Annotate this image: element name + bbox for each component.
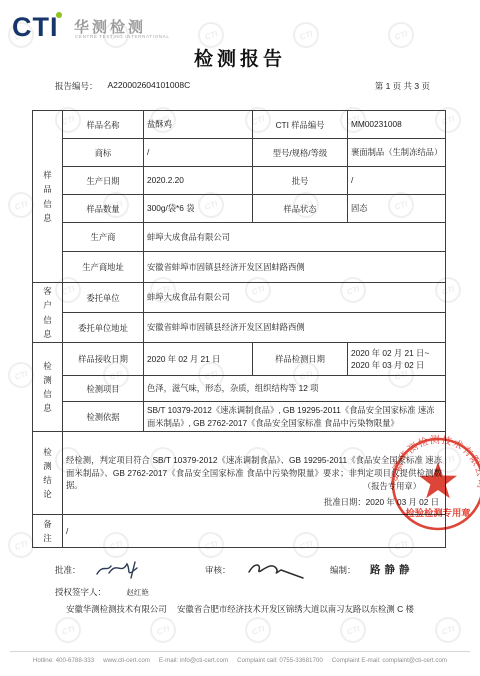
- footer-website: www.cti-cert.com: [103, 657, 150, 664]
- approve-signature: [91, 558, 161, 582]
- footer-contact-bar: Hotline: 400-6788-333 www.cti-cert.com E…: [0, 657, 480, 664]
- prepare-label: 编制：: [330, 564, 356, 576]
- review-signature: [241, 558, 319, 582]
- review-label: 审核：: [205, 564, 231, 576]
- client-label: 委托单位: [63, 283, 144, 313]
- footer-complaint-email: Complaint E-mail: complaint@cti-cert.com: [332, 657, 447, 664]
- trademark-value: /: [144, 139, 253, 167]
- footer-email: E-mail: info@cti-cert.com: [159, 657, 228, 664]
- report-table: 样品信息 样品名称 盐酥鸡 CTI 样品编号 MM00231008 商标 / 型…: [32, 110, 446, 548]
- section-customer-info: 客户信息: [33, 283, 63, 343]
- table-row: 备注 /: [33, 515, 446, 548]
- table-row: 检测结论 经检测，判定项目符合 SB/T 10379-2012《速冻调制食品》、…: [33, 432, 446, 515]
- cti-sample-no-value: MM00231008: [348, 111, 446, 139]
- receive-date-value: 2020 年 02 月 21 日: [144, 343, 253, 376]
- producer-value: 蚌埠大成食品有限公司: [144, 223, 446, 252]
- test-items-label: 检测项目: [63, 376, 144, 402]
- batch-no-label: 批号: [253, 167, 348, 195]
- report-number-label: 报告编号：: [55, 80, 98, 92]
- cti-sample-no-label: CTI 样品编号: [253, 111, 348, 139]
- receive-date-label: 样品接收日期: [63, 343, 144, 376]
- client-address-value: 安徽省蚌埠市固镇县经济开发区固蚌路西侧: [144, 313, 446, 343]
- report-number-value: A220002604101008C: [108, 80, 191, 92]
- table-row: 委托单位地址 安徽省蚌埠市固镇县经济开发区固蚌路西侧: [33, 313, 446, 343]
- company-name: 安徽华测检测技术有限公司: [66, 604, 167, 614]
- footer-hotline: Hotline: 400-6788-333: [33, 657, 94, 664]
- table-row: 生产日期 2020.2.20 批号 /: [33, 167, 446, 195]
- company-line: 安徽华测检测技术有限公司 安徽省合肥市经济技术开发区锦绣大道以南习友路以东检测 …: [0, 603, 480, 615]
- table-row: 生产商 蚌埠大成食品有限公司: [33, 223, 446, 252]
- test-basis-label: 检测依据: [63, 402, 144, 432]
- table-row: 生产商地址 安徽省蚌埠市固镇县经济开发区固蚌路西侧: [33, 252, 446, 283]
- table-row: 样品数量 300g/袋*6 袋 样品状态 固态: [33, 195, 446, 223]
- test-items-value: 色泽，滋气味，形态，杂质，组织结构等 12 项: [144, 376, 446, 402]
- trademark-label: 商标: [63, 139, 144, 167]
- authorized-signer-name: 赵红艳: [126, 588, 149, 597]
- sample-state-label: 样品状态: [253, 195, 348, 223]
- test-basis-value: SB/T 10379-2012《速冻调制食品》, GB 19295-2011《食…: [144, 402, 446, 432]
- footer-complaint-call: Complaint call: 0755-33681700: [237, 657, 323, 664]
- sample-name-value: 盐酥鸡: [144, 111, 253, 139]
- company-address: 安徽省合肥市经济技术开发区锦绣大道以南习友路以东检测 C 楼: [177, 604, 414, 614]
- watermark-cti-icon: CTI: [432, 614, 465, 647]
- section-conclusion: 检测结论: [33, 432, 63, 515]
- production-date-label: 生产日期: [63, 167, 144, 195]
- logo-english-name: CENTRE TESTING INTERNATIONAL: [75, 34, 169, 39]
- page-title: 检测报告: [0, 44, 480, 71]
- signature-row: 批准： 审核： 编制： 路静静: [55, 558, 435, 582]
- model-spec-label: 型号/规格/等级: [253, 139, 348, 167]
- production-date-value: 2020.2.20: [144, 167, 253, 195]
- authorized-signer-label: 授权签字人：: [55, 587, 106, 597]
- table-row: 样品信息 样品名称 盐酥鸡 CTI 样品编号 MM00231008: [33, 111, 446, 139]
- table-row: 商标 / 型号/规格/等级 裹面制品（生制冻结品）: [33, 139, 446, 167]
- producer-label: 生产商: [63, 223, 144, 252]
- client-value: 蚌埠大成食品有限公司: [144, 283, 446, 313]
- footer-divider: [10, 651, 470, 652]
- approve-label: 批准：: [55, 564, 81, 576]
- report-number-line: 报告编号： A220002604101008C 第 1 页 共 3 页: [55, 80, 430, 92]
- section-sample-info: 样品信息: [33, 111, 63, 283]
- test-date-label: 样品检测日期: [253, 343, 348, 376]
- logo-green-dot-icon: [56, 12, 62, 18]
- watermark-cti-icon: CTI: [242, 614, 275, 647]
- stamp-star-icon: [419, 462, 457, 498]
- authorized-signer-row: 授权签字人： 赵红艳: [55, 586, 355, 598]
- table-row: 检测依据 SB/T 10379-2012《速冻调制食品》, GB 19295-2…: [33, 402, 446, 432]
- test-date-value: 2020 年 02 月 21 日~ 2020 年 03 月 02 日: [348, 343, 446, 376]
- section-remark: 备注: [33, 515, 63, 548]
- batch-no-value: /: [348, 167, 446, 195]
- stamp-seal-text: 检验检测专用章: [405, 507, 471, 518]
- page-indicator: 第 1 页 共 3 页: [375, 80, 430, 92]
- inspection-seal-stamp: 安徽华测检测技术有限公司 检验检测专用章: [388, 430, 480, 546]
- watermark-cti-icon: CTI: [337, 614, 370, 647]
- producer-address-label: 生产商地址: [63, 252, 144, 283]
- table-row: 检测项目 色泽，滋气味，形态，杂质，组织结构等 12 项: [33, 376, 446, 402]
- producer-address-value: 安徽省蚌埠市固镇县经济开发区固蚌路西侧: [144, 252, 446, 283]
- cti-logo-text: CTI: [12, 14, 59, 41]
- model-spec-value: 裹面制品（生制冻结品）: [348, 139, 446, 167]
- client-address-label: 委托单位地址: [63, 313, 144, 343]
- sample-state-value: 固态: [348, 195, 446, 223]
- sample-quantity-label: 样品数量: [63, 195, 144, 223]
- prepare-name: 路静静: [370, 562, 414, 577]
- sample-name-label: 样品名称: [63, 111, 144, 139]
- section-test-info: 检测信息: [33, 343, 63, 432]
- watermark-cti-icon: CTI: [52, 614, 85, 647]
- table-row: 客户信息 委托单位 蚌埠大成食品有限公司: [33, 283, 446, 313]
- table-row: 检测信息 样品接收日期 2020 年 02 月 21 日 样品检测日期 2020…: [33, 343, 446, 376]
- sample-quantity-value: 300g/袋*6 袋: [144, 195, 253, 223]
- watermark-cti-icon: CTI: [147, 614, 180, 647]
